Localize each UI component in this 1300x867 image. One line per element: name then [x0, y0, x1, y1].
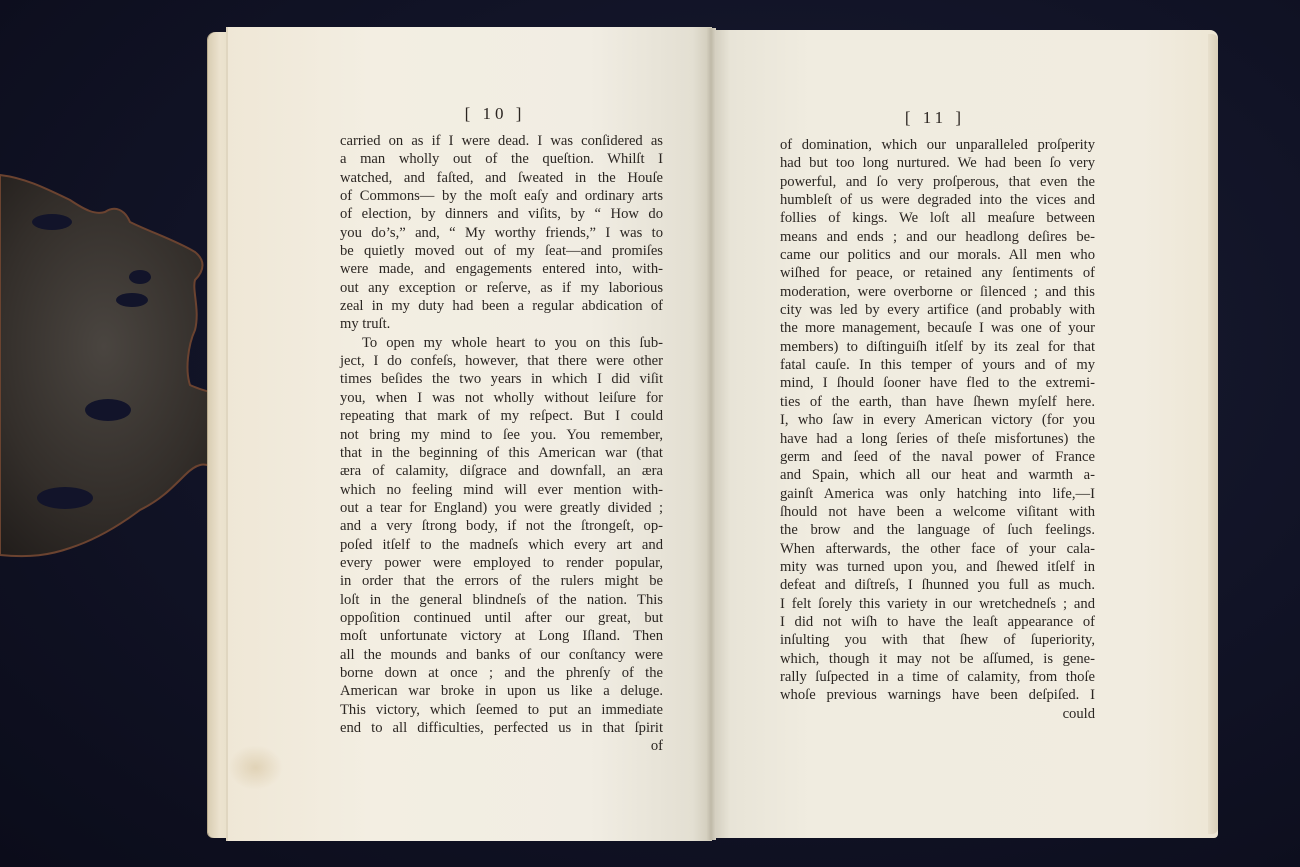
text-line: that in the beginning of this American w…: [340, 444, 663, 462]
text-line: moderation, were overborne or ſilenced ;…: [780, 283, 1095, 301]
text-line: members) to diſtinguiſh itſelf by its ze…: [780, 338, 1095, 356]
text-line: you do’s,” and, “ My worthy friends,” I …: [340, 224, 663, 242]
text-line: inſulting you with that ſhew of ſuperior…: [780, 631, 1095, 649]
text-line: mity was turned upon you, and ſhewed itſ…: [780, 558, 1095, 576]
text-line: of: [340, 737, 663, 755]
text-line: had but too long nurtured. We had been ſ…: [780, 154, 1095, 172]
left-page-text: carried on as if I were dead. I was conſ…: [340, 132, 663, 756]
text-line: powerful, and ſo very proſperous, that e…: [780, 173, 1095, 191]
left-page-number: [ 10 ]: [440, 104, 550, 124]
text-line: ties of the earth, than have ſhewn myſel…: [780, 393, 1095, 411]
text-line: zeal in my duty had been a regular abdic…: [340, 297, 663, 315]
book-gutter: [706, 28, 716, 840]
text-line: the brow and the language of ſuch feelin…: [780, 521, 1095, 539]
text-line: of domination, which our unparalleled pr…: [780, 136, 1095, 154]
text-line: you, when I was not wholly without leiſu…: [340, 389, 663, 407]
text-line: city was led by every artifice (and prob…: [780, 301, 1095, 319]
text-line: be quietly moved out of my ſeat—and prom…: [340, 242, 663, 260]
right-page-text: of domination, which our unparalleled pr…: [780, 136, 1095, 723]
paper-stain: [228, 745, 283, 790]
text-line: carried on as if I were dead. I was conſ…: [340, 132, 663, 150]
text-line: came our politics and our morals. All me…: [780, 246, 1095, 264]
text-line: ſhould not have been a welcome viſitant …: [780, 503, 1095, 521]
text-line: loſt in the general blindneſs of the nat…: [340, 591, 663, 609]
text-line: times beſides the two years in which I d…: [340, 370, 663, 388]
text-line: of election, by dinners and viſits, by “…: [340, 205, 663, 223]
text-line: borne down at once ; and the phrenſy of …: [340, 664, 663, 682]
text-line: means and ends ; and our headlong deſire…: [780, 228, 1095, 246]
photo-scene: [ 10 ] [ 11 ] carried on as if I were de…: [0, 0, 1300, 867]
text-line: watched, and faſted, and ſweated in the …: [340, 169, 663, 187]
text-line: ject, I do confeſs, however, that there …: [340, 352, 663, 370]
text-line: This victory, which ſeemed to put an imm…: [340, 701, 663, 719]
text-line: end to all difficulties, perfected us in…: [340, 719, 663, 737]
text-line: poſed itſelf to the madneſs which every …: [340, 536, 663, 554]
text-line: the more management, becauſe I was one o…: [780, 319, 1095, 337]
text-line: rally ſuſpected in a time of calamity, f…: [780, 668, 1095, 686]
text-line: all the mounds and banks of our conſtanc…: [340, 646, 663, 664]
text-line: have had a long ſeries of theſe misfortu…: [780, 430, 1095, 448]
text-line: were made, and engagements entered into,…: [340, 260, 663, 278]
right-page-number: [ 11 ]: [880, 108, 990, 128]
text-line: germ and ſeed of the naval power of Fran…: [780, 448, 1095, 466]
text-line: oppoſition continued until after our gre…: [340, 609, 663, 627]
text-line: American war broke in upon us like a del…: [340, 682, 663, 700]
text-line: in order that the errors of the rulers m…: [340, 572, 663, 590]
text-line: my truſt.: [340, 315, 663, 333]
text-line: whoſe previous warnings have been deſpiſ…: [780, 686, 1095, 704]
text-line: I felt ſorely this variety in our wretch…: [780, 595, 1095, 613]
text-line: humbleſt of us were degraded into the vi…: [780, 191, 1095, 209]
text-line: moſt unfortunate victory at Long Iſland.…: [340, 627, 663, 645]
text-line: could: [780, 705, 1095, 723]
text-line: of Commons— by the moſt eaſy and ordinar…: [340, 187, 663, 205]
text-line: out a tear for England) you were greatly…: [340, 499, 663, 517]
text-line: follies of kings. We loſt all meaſure be…: [780, 209, 1095, 227]
text-line: gainſt America was only hatching into li…: [780, 485, 1095, 503]
text-line: which, though it may not be aſſumed, is …: [780, 650, 1095, 668]
text-line: out any exception or reſerve, as if my l…: [340, 279, 663, 297]
text-line: When afterwards, the other face of your …: [780, 540, 1095, 558]
text-line: repeating that mark of my reſpect. But I…: [340, 407, 663, 425]
text-line: I, who ſaw in every American victory (fo…: [780, 411, 1095, 429]
text-line: and Spain, which all our heat and warmth…: [780, 466, 1095, 484]
text-line: every power were employed to render popu…: [340, 554, 663, 572]
right-page-stack-edge: [1208, 34, 1218, 834]
text-line: To open my whole heart to you on this ſu…: [340, 334, 663, 352]
text-line: a man wholly out of the queſtion. Whilſt…: [340, 150, 663, 168]
text-line: not bring my mind to ſee you. You rememb…: [340, 426, 663, 444]
text-line: fatal cauſe. In this temper of yours and…: [780, 356, 1095, 374]
text-line: which no feeling mind will ever mention …: [340, 481, 663, 499]
text-line: and a very ſtrong body, if not the ſtron…: [340, 517, 663, 535]
text-line: mind, I ſhould ſooner have fled to the e…: [780, 374, 1095, 392]
text-line: defeat and diſtreſs, I ſhunned you full …: [780, 576, 1095, 594]
text-line: I did not wiſh to have the leaſt appeara…: [780, 613, 1095, 631]
text-line: wiſhed for peace, or retained any ſentim…: [780, 264, 1095, 282]
text-line: æra of calamity, diſgrace and downfall, …: [340, 462, 663, 480]
